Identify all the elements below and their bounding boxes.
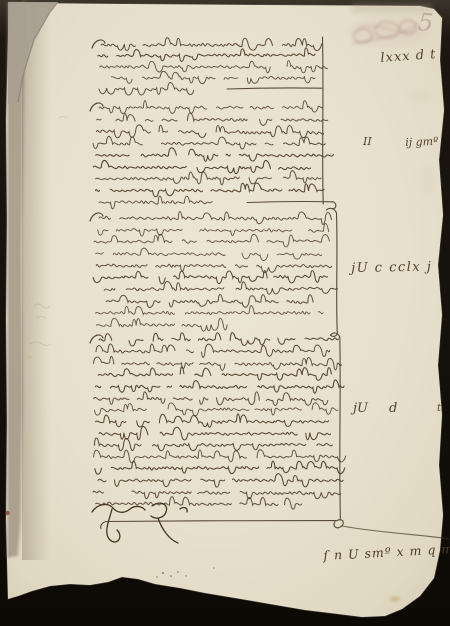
manuscript-scene bbox=[0, 0, 450, 626]
right-border-3 bbox=[340, 337, 341, 520]
right-border-2 bbox=[337, 213, 338, 331]
page-sheet bbox=[6, 3, 444, 617]
manuscript-photo: 5 lxxx d t II ij gmº jU c cclx j jU d t … bbox=[0, 0, 450, 626]
